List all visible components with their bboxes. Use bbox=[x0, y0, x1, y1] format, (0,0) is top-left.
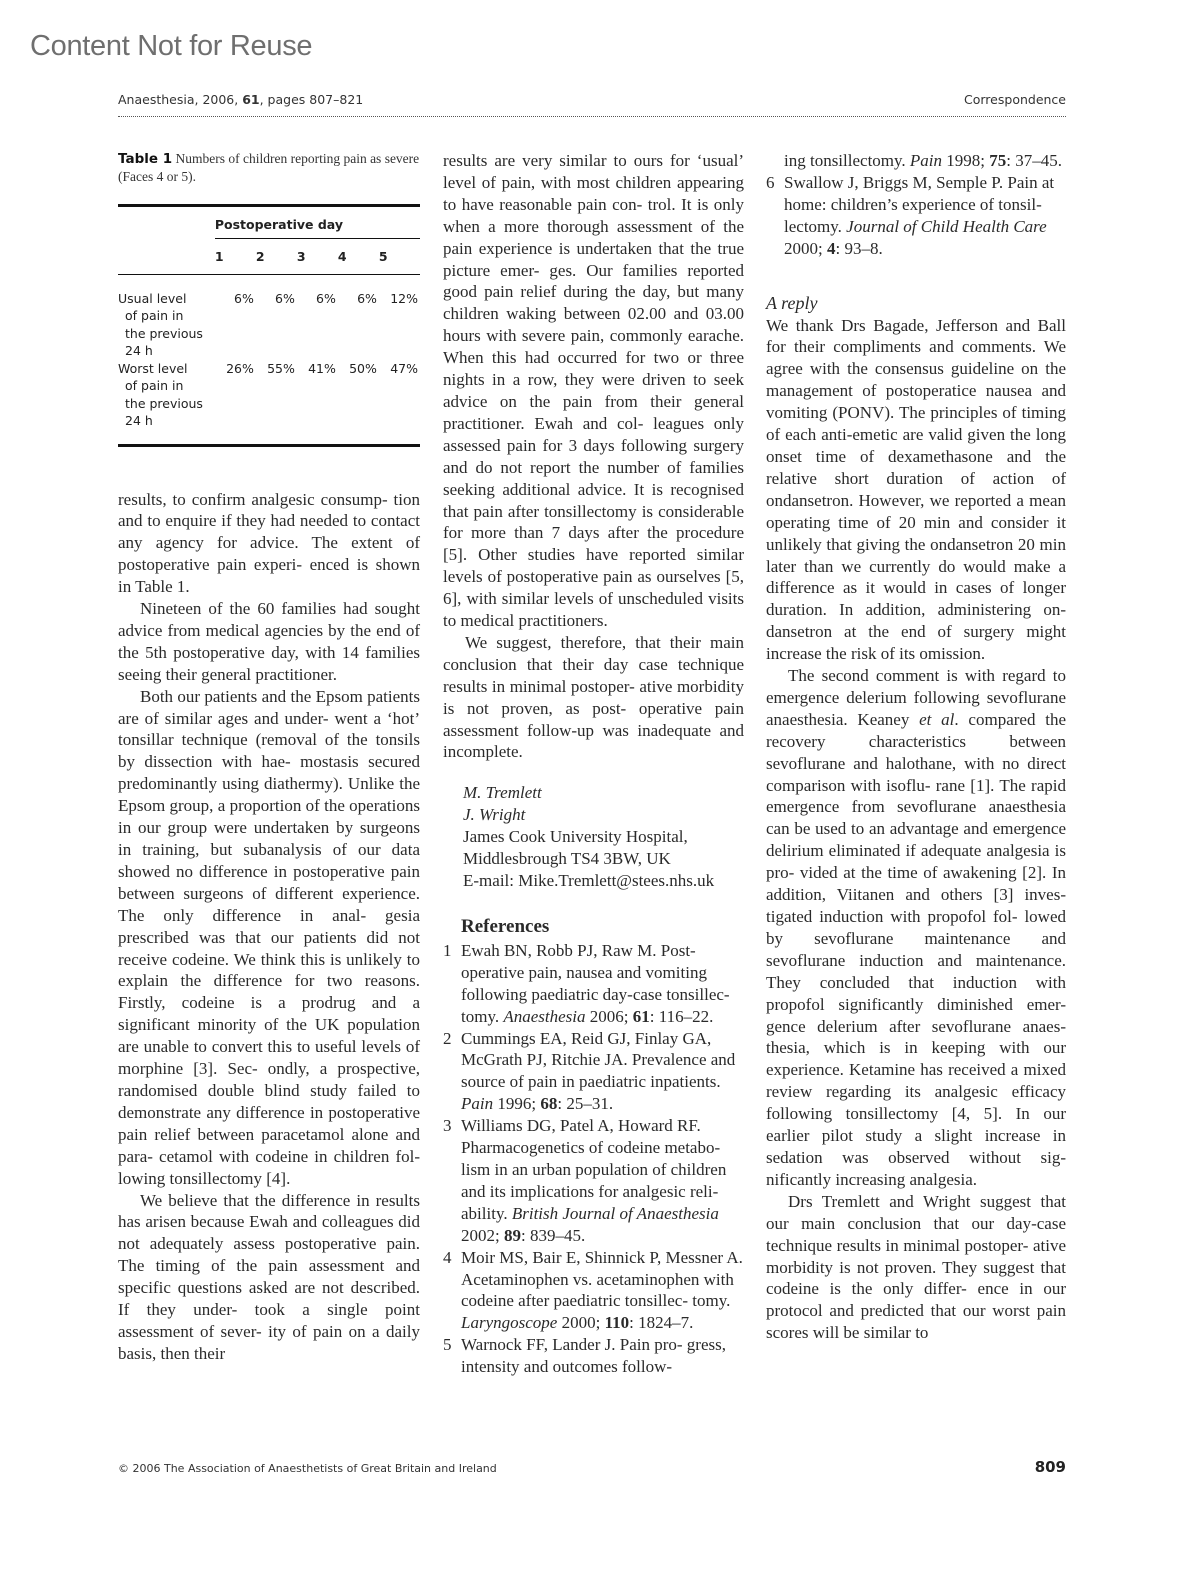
body-paragraph: Drs Tremlett and Wright suggest that our… bbox=[766, 1191, 1066, 1344]
reference-volume: 110 bbox=[605, 1313, 630, 1332]
body-paragraph: We suggest, therefore, that their main c… bbox=[443, 632, 744, 763]
reference-pages: : 25–31. bbox=[557, 1094, 613, 1113]
reference-item: 1 Ewah BN, Robb PJ, Raw M. Post- operati… bbox=[443, 940, 744, 1028]
table-row: Worst level of pain in the previous 24 h… bbox=[118, 360, 420, 446]
watermark: Content Not for Reuse bbox=[30, 30, 312, 63]
column-header: 4 bbox=[338, 240, 379, 274]
row-label-line: of pain in bbox=[118, 307, 215, 325]
pain-table: Postoperative day 1 2 3 4 5 Usual level … bbox=[118, 204, 420, 447]
page-number: 809 bbox=[1035, 1458, 1066, 1476]
reference-item: 6 Swallow J, Briggs M, Semple P. Pain at… bbox=[766, 172, 1066, 260]
table-cell: 47% bbox=[379, 360, 420, 446]
journal-citation: Anaesthesia, 2006, 61, pages 807–821 bbox=[118, 92, 363, 107]
reference-pages: : 37–45. bbox=[1006, 151, 1062, 170]
reference-pages: : 116–22. bbox=[650, 1007, 714, 1026]
journal-name: Anaesthesia, 2006, bbox=[118, 92, 242, 107]
reference-pages: : 1824–7. bbox=[629, 1313, 693, 1332]
reference-journal: Pain bbox=[461, 1094, 493, 1113]
reference-number: 5 bbox=[443, 1334, 452, 1356]
author-name: M. Tremlett bbox=[463, 782, 744, 804]
reference-text: Moir MS, Bair E, Shinnick P, Messner A. … bbox=[461, 1248, 743, 1311]
body-paragraph: results are very similar to ours for ‘us… bbox=[443, 150, 744, 632]
reference-text: ing tonsillectomy. bbox=[784, 151, 910, 170]
reference-number: 1 bbox=[443, 940, 452, 962]
table-cell: 12% bbox=[379, 275, 420, 360]
affiliation-line: Middlesbrough TS4 3BW, UK bbox=[463, 848, 744, 870]
right-column: ing tonsillectomy. Pain 1998; 75: 37–45.… bbox=[766, 150, 1066, 1344]
reference-year: 1998; bbox=[942, 151, 989, 170]
email-line: E-mail: Mike.Tremlett@stees.nhs.uk bbox=[463, 870, 744, 892]
reference-item: 3 Williams DG, Patel A, Howard RF. Pharm… bbox=[443, 1115, 744, 1246]
reference-volume: 68 bbox=[540, 1094, 557, 1113]
row-label-line: Usual level bbox=[118, 290, 215, 308]
reference-volume: 75 bbox=[989, 151, 1006, 170]
reference-number: 6 bbox=[766, 172, 775, 194]
reference-text: Cummings EA, Reid GJ, Finlay GA, McGrath… bbox=[461, 1029, 735, 1092]
table-row: Usual level of pain in the previous 24 h… bbox=[118, 275, 420, 360]
row-label: Usual level of pain in the previous 24 h bbox=[118, 275, 215, 360]
reference-text: Warnock FF, Lander J. Pain pro- gress, i… bbox=[461, 1335, 726, 1376]
row-label-line: the previous bbox=[118, 325, 215, 343]
table-cell: 26% bbox=[215, 360, 256, 446]
reference-continuation: ing tonsillectomy. Pain 1998; 75: 37–45. bbox=[766, 150, 1066, 172]
reference-number: 2 bbox=[443, 1028, 452, 1050]
reference-volume: 89 bbox=[504, 1226, 521, 1245]
body-paragraph: We thank Drs Bagade, Jefferson and Ball … bbox=[766, 315, 1066, 666]
reference-number: 3 bbox=[443, 1115, 452, 1137]
left-column: Table 1 Numbers of children reporting pa… bbox=[118, 150, 420, 1365]
table-cell: 55% bbox=[256, 360, 297, 446]
table-cell: 41% bbox=[297, 360, 338, 446]
body-text-italic: et al bbox=[919, 710, 954, 729]
journal-pages: , pages 807–821 bbox=[260, 92, 364, 107]
letter-signature: M. Tremlett J. Wright James Cook Univers… bbox=[443, 782, 744, 892]
table-cell: 6% bbox=[256, 275, 297, 360]
reference-volume: 61 bbox=[633, 1007, 650, 1026]
reference-item: 2 Cummings EA, Reid GJ, Finlay GA, McGra… bbox=[443, 1028, 744, 1116]
body-paragraph: The second comment is with regard to eme… bbox=[766, 665, 1066, 1191]
reference-year: 1996; bbox=[493, 1094, 540, 1113]
author-name: J. Wright bbox=[463, 804, 744, 826]
reference-pages: : 839–45. bbox=[521, 1226, 585, 1245]
row-label-line: 24 h bbox=[118, 412, 215, 430]
reference-pages: : 93–8. bbox=[835, 239, 882, 258]
header-dotted-rule bbox=[118, 116, 1066, 117]
reference-number: 4 bbox=[443, 1247, 452, 1269]
table-caption: Table 1 Numbers of children reporting pa… bbox=[118, 150, 420, 186]
reply-heading: A reply bbox=[766, 291, 1066, 315]
reference-item: 4 Moir MS, Bair E, Shinnick P, Messner A… bbox=[443, 1247, 744, 1335]
reference-journal: Journal of Child Health Care bbox=[846, 217, 1047, 236]
table-cell: 50% bbox=[338, 360, 379, 446]
row-label: Worst level of pain in the previous 24 h bbox=[118, 360, 215, 446]
middle-column: results are very similar to ours for ‘us… bbox=[443, 150, 744, 1378]
references-heading: References bbox=[443, 914, 744, 940]
column-header: 3 bbox=[297, 240, 338, 274]
column-header: 1 bbox=[215, 240, 256, 274]
table-cell: 6% bbox=[297, 275, 338, 360]
reference-journal: Anaesthesia bbox=[503, 1007, 585, 1026]
section-label: Correspondence bbox=[964, 92, 1066, 107]
body-text: . compared the recovery characteristics … bbox=[766, 710, 1066, 1189]
reference-item: 5 Warnock FF, Lander J. Pain pro- gress,… bbox=[443, 1334, 744, 1378]
reference-year: 2002; bbox=[461, 1226, 504, 1245]
table-cell: 6% bbox=[338, 275, 379, 360]
reference-year: 2006; bbox=[586, 1007, 633, 1026]
reference-journal: Pain bbox=[910, 151, 942, 170]
affiliation-line: James Cook University Hospital, bbox=[463, 826, 744, 848]
table-cell: 6% bbox=[215, 275, 256, 360]
column-header: 2 bbox=[256, 240, 297, 274]
row-label-line: Worst level bbox=[118, 360, 215, 378]
row-label-line: the previous bbox=[118, 395, 215, 413]
reference-year: 2000; bbox=[557, 1313, 604, 1332]
reference-journal: British Journal of Anaesthesia bbox=[512, 1204, 719, 1223]
table-group-header: Postoperative day bbox=[215, 207, 420, 238]
body-paragraph: results, to confirm analgesic consump- t… bbox=[118, 489, 420, 599]
column-header: 5 bbox=[379, 240, 420, 274]
body-paragraph: We believe that the difference in result… bbox=[118, 1190, 420, 1365]
reference-year: 2000; bbox=[784, 239, 827, 258]
row-label-line: of pain in bbox=[118, 377, 215, 395]
copyright-notice: © 2006 The Association of Anaesthetists … bbox=[118, 1462, 497, 1475]
journal-volume: 61 bbox=[242, 92, 259, 107]
body-paragraph: Both our patients and the Epsom patients… bbox=[118, 686, 420, 1190]
body-paragraph: Nineteen of the 60 families had sought a… bbox=[118, 598, 420, 686]
reference-journal: Laryngoscope bbox=[461, 1313, 557, 1332]
table-label: Table 1 bbox=[118, 151, 172, 167]
row-label-line: 24 h bbox=[118, 342, 215, 360]
